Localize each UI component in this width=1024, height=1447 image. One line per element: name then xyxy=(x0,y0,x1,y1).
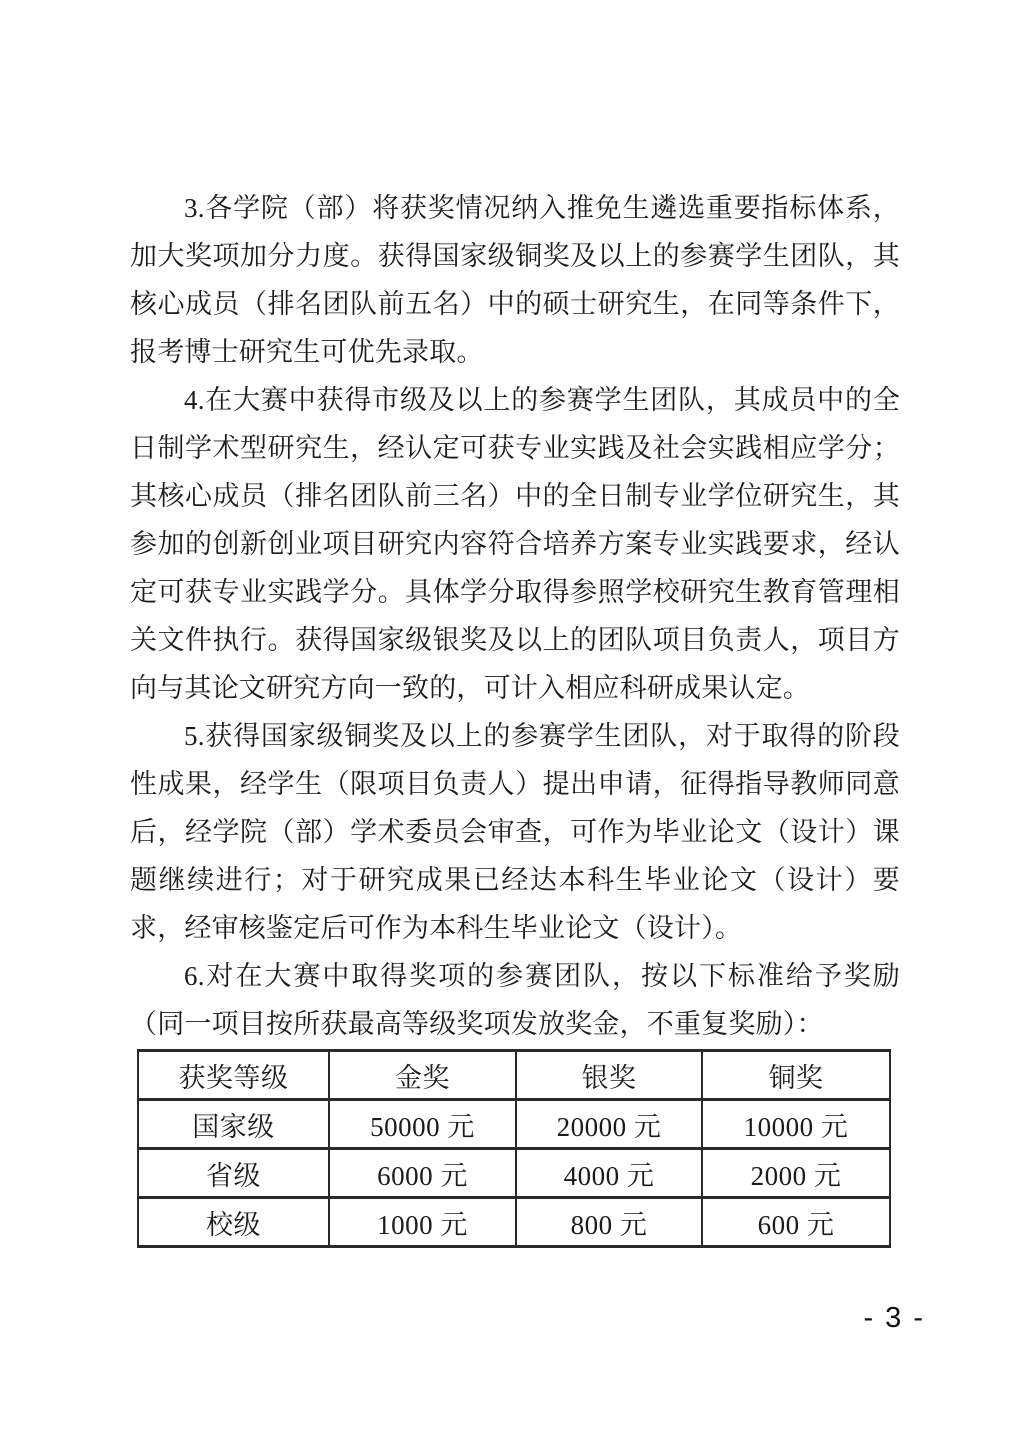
table-row-national: 国家级 50000 元 20000 元 10000 元 xyxy=(138,1100,890,1149)
table-cell-level: 省级 xyxy=(138,1149,329,1198)
document-page: 3.各学院（部）将获奖情况纳入推免生遴选重要指标体系，加大奖项加分力度。获得国家… xyxy=(0,0,1024,1447)
table-cell-bronze: 600 元 xyxy=(702,1198,890,1247)
table-cell-level: 校级 xyxy=(138,1198,329,1247)
paragraph-clause-3: 3.各学院（部）将获奖情况纳入推免生遴选重要指标体系，加大奖项加分力度。获得国家… xyxy=(130,184,900,376)
paragraph-clause-6: 6.对在大赛中取得奖项的参赛团队，按以下标准给予奖励（同一项目按所获最高等级奖项… xyxy=(130,952,900,1048)
table-header-gold: 金奖 xyxy=(329,1051,516,1100)
paragraph-clause-5: 5.获得国家级铜奖及以上的参赛学生团队，对于取得的阶段性成果，经学生（限项目负责… xyxy=(130,712,900,952)
table-header-bronze: 铜奖 xyxy=(702,1051,890,1100)
document-content: 3.各学院（部）将获奖情况纳入推免生遴选重要指标体系，加大奖项加分力度。获得国家… xyxy=(130,184,900,1248)
paragraph-clause-4: 4.在大赛中获得市级及以上的参赛学生团队，其成员中的全日制学术型研究生，经认定可… xyxy=(130,376,900,712)
table-cell-gold: 50000 元 xyxy=(329,1100,516,1149)
table-cell-silver: 4000 元 xyxy=(516,1149,702,1198)
page-number: - 3 - xyxy=(863,1302,925,1335)
table-cell-level: 国家级 xyxy=(138,1100,329,1149)
table-row-school: 校级 1000 元 800 元 600 元 xyxy=(138,1198,890,1247)
table-header-award-level: 获奖等级 xyxy=(138,1051,329,1100)
table-cell-bronze: 2000 元 xyxy=(702,1149,890,1198)
table-cell-gold: 1000 元 xyxy=(329,1198,516,1247)
table-cell-gold: 6000 元 xyxy=(329,1149,516,1198)
table-header-row: 获奖等级 金奖 银奖 铜奖 xyxy=(138,1051,890,1100)
table-cell-silver: 800 元 xyxy=(516,1198,702,1247)
table-header-silver: 银奖 xyxy=(516,1051,702,1100)
table-cell-silver: 20000 元 xyxy=(516,1100,702,1149)
award-standards-table: 获奖等级 金奖 银奖 铜奖 国家级 50000 元 20000 元 10000 … xyxy=(137,1049,891,1248)
table-row-provincial: 省级 6000 元 4000 元 2000 元 xyxy=(138,1149,890,1198)
table-cell-bronze: 10000 元 xyxy=(702,1100,890,1149)
